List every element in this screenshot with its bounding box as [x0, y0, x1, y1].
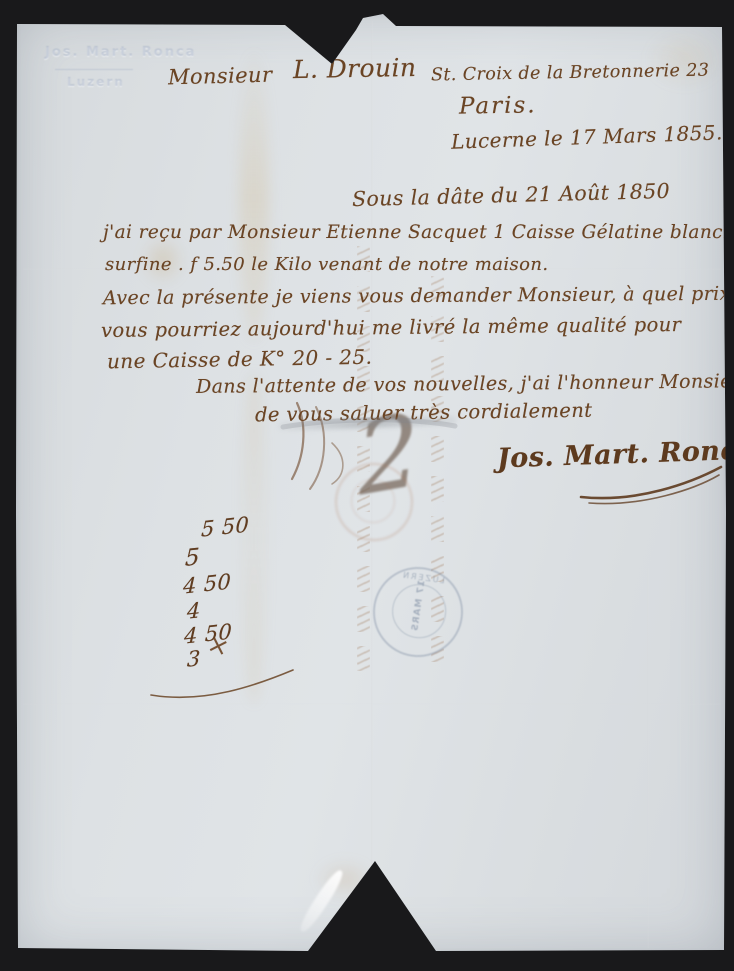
body-line: surfine . f 5.50 le Kilo venant de notre… [105, 256, 548, 274]
recipient-street-text: St. Croix de la Bretonnerie 23 [431, 63, 710, 85]
price-note: 3 [187, 648, 201, 671]
signature-text: Jos. Mart. Ronca [497, 437, 734, 473]
recipient-city-text: Paris. [459, 94, 537, 118]
red-postmark [335, 463, 413, 541]
body-line: Avec la présente je viens vous demander … [103, 285, 731, 308]
recipient-name-text: L. Drouin [293, 55, 417, 82]
red-postmark-inner-ring [351, 479, 395, 523]
dateline-text: Lucerne le 17 Mars 1855. [451, 122, 723, 151]
price-note: 4 50 [183, 571, 232, 597]
body-line: Sous la dâte du 21 Août 1850 [352, 181, 671, 210]
price-note: 5 [185, 546, 201, 571]
body-line: vous pourriez aujourd'hui me livré la mê… [101, 315, 682, 341]
fold-crease [23, 703, 721, 705]
notes-underline-flourish [151, 670, 293, 697]
signature-flourish [589, 475, 719, 504]
body-line: de vous saluer très cordialement [255, 401, 593, 425]
embossed-letterhead-rule [55, 69, 133, 70]
cds-postmark: LUZERN 17 MARS [367, 561, 469, 663]
signature-flourish [581, 467, 721, 498]
body-line: j'ai reçu par Monsieur Etienne Sacquet 1… [103, 224, 734, 243]
salutation-text: Monsieur [168, 65, 273, 89]
torn-edge-highlight [296, 867, 346, 934]
letter-paper: Jos. Mart. Ronca Luzern 2 LUZERN 17 MARS… [15, 13, 727, 954]
price-note: 4 [187, 600, 201, 623]
embossed-letterhead-name: Jos. Mart. Ronca [45, 45, 196, 60]
ink-scribble [332, 443, 343, 484]
embossed-letterhead-city: Luzern [67, 75, 125, 89]
body-line: une Caisse de K° 20 - 25. [107, 347, 373, 372]
scanned-letter-image: Jos. Mart. Ronca Luzern 2 LUZERN 17 MARS… [0, 0, 734, 971]
fold-crease [647, 568, 649, 948]
body-line: Dans l'attente de vos nouvelles, j'ai l'… [196, 372, 734, 397]
price-note: 5 50 [201, 514, 250, 540]
